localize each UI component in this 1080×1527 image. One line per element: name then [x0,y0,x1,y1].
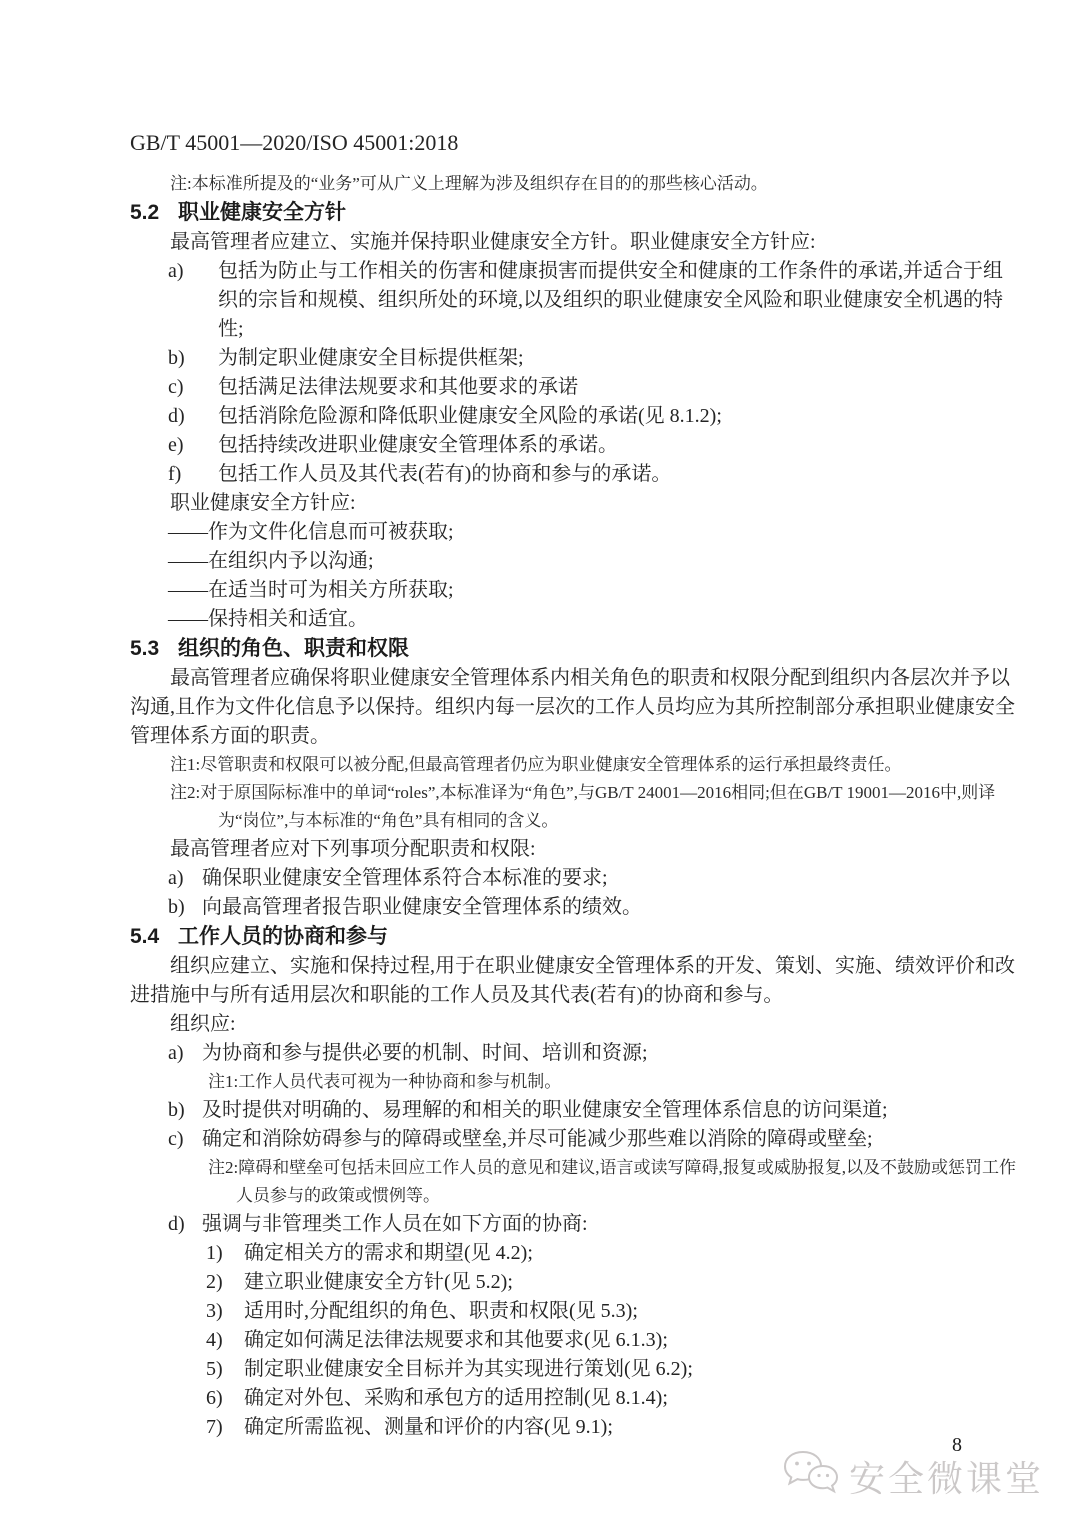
list-label: 3) [206,1297,244,1326]
list-text: 建立职业健康安全方针(见 5.2); [244,1268,1016,1297]
list-text: 确定对外包、采购和承包方的适用控制(见 8.1.4); [244,1384,1016,1413]
note-business-definition: 注:本标准所提及的“业务”可从广义上理解为涉及组织存在目的的那些核心活动。 [170,170,1016,198]
list-label: a) [168,864,202,893]
list-item-a: a) 为协商和参与提供必要的机制、时间、培训和资源; [168,1039,1016,1068]
sub-list-item-1: 1) 确定相关方的需求和期望(见 4.2); [206,1239,1016,1268]
section-5-4-paragraph: 组织应建立、实施和保持过程,用于在职业健康安全管理体系的开发、策划、实施、绩效评… [130,952,1016,1010]
note-1: 注1:尽管职责和权限可以被分配,但最高管理者仍应为职业健康安全管理体系的运行承担… [170,751,1016,779]
list-label: 2) [206,1268,244,1297]
list-text: 强调与非管理类工作人员在如下方面的协商: [202,1210,1016,1239]
dash-item: ——作为文件化信息而可被获取; [168,518,1016,547]
list-text: 确定和消除妨碍参与的障碍或壁垒,并尽可能减少那些难以消除的障碍或壁垒; [202,1125,1016,1154]
section-5-2-intro: 最高管理者应建立、实施并保持职业健康安全方针。职业健康安全方针应: [130,228,1016,257]
list-text: 为制定职业健康安全目标提供框架; [218,344,1016,373]
list-text: 确定相关方的需求和期望(见 4.2); [244,1239,1016,1268]
section-5-4-lead: 组织应: [130,1010,1016,1039]
list-text: 为协商和参与提供必要的机制、时间、培训和资源; [202,1039,1016,1068]
standard-number-header: GB/T 45001—2020/ISO 45001:2018 [130,130,1016,156]
section-number: 5.2 [130,198,178,228]
list-text: 包括满足法律法规要求和其他要求的承诺 [218,373,1016,402]
list-label: d) [168,1210,202,1239]
document-page: GB/T 45001—2020/ISO 45001:2018 注:本标准所提及的… [0,0,1080,1527]
list-text: 包括消除危险源和降低职业健康安全风险的承诺(见 8.1.2); [218,402,1016,431]
list-item-b: b) 向最高管理者报告职业健康安全管理体系的绩效。 [168,893,1016,922]
list-label: e) [168,431,218,460]
section-number: 5.4 [130,922,178,952]
list-label: 7) [206,1413,244,1442]
section-title: 组织的角色、职责和权限 [178,637,409,660]
sub-list-item-3: 3) 适用时,分配组织的角色、职责和权限(见 5.3); [206,1297,1016,1326]
list-label: 5) [206,1355,244,1384]
list-text: 确保职业健康安全管理体系符合本标准的要求; [202,864,1016,893]
list-text: 确定所需监视、测量和评价的内容(见 9.1); [244,1413,1016,1442]
wechat-icon [779,1448,841,1505]
sub-list-item-4: 4) 确定如何满足法律法规要求和其他要求(见 6.1.3); [206,1326,1016,1355]
list-label: f) [168,460,218,489]
note-2: 注2:对于原国际标准中的单词“roles”,本标准译为“角色”,与GB/T 24… [170,779,1016,835]
note-1: 注1:工作人员代表可视为一种协商和参与机制。 [208,1068,1016,1096]
watermark-text: 安全微课堂 [849,1451,1044,1502]
list-item-c: c) 包括满足法律法规要求和其他要求的承诺 [168,373,1016,402]
section-heading-5-2: 5.2职业健康安全方针 [130,198,1016,228]
watermark: 安全微课堂 [779,1448,1044,1505]
list-text: 向最高管理者报告职业健康安全管理体系的绩效。 [202,893,1016,922]
list-label: d) [168,402,218,431]
list-label: a) [168,1039,202,1068]
list-item-a: a) 确保职业健康安全管理体系符合本标准的要求; [168,864,1016,893]
list-item-e: e) 包括持续改进职业健康安全管理体系的承诺。 [168,431,1016,460]
policy-lead-line: 职业健康安全方针应: [130,489,1016,518]
list-text: 适用时,分配组织的角色、职责和权限(见 5.3); [244,1297,1016,1326]
dash-item: ——在适当时可为相关方所获取; [168,576,1016,605]
list-label: b) [168,893,202,922]
list-label: b) [168,344,218,373]
note-2: 注2:障碍和壁垒可包括未回应工作人员的意见和建议,语言或读写障碍,报复或威胁报复… [208,1154,1016,1210]
section-title: 工作人员的协商和参与 [178,925,388,948]
list-item-a: a) 包括为防止与工作相关的伤害和健康损害而提供安全和健康的工作条件的承诺,并适… [168,257,1016,344]
list-text: 制定职业健康安全目标并为其实现进行策划(见 6.2); [244,1355,1016,1384]
list-text: 包括工作人员及其代表(若有)的协商和参与的承诺。 [218,460,1016,489]
list-label: 6) [206,1384,244,1413]
list-text: 包括为防止与工作相关的伤害和健康损害而提供安全和健康的工作条件的承诺,并适合于组… [218,257,1016,344]
section-heading-5-4: 5.4工作人员的协商和参与 [130,922,1016,952]
section-heading-5-3: 5.3组织的角色、职责和权限 [130,634,1016,664]
list-item-f: f) 包括工作人员及其代表(若有)的协商和参与的承诺。 [168,460,1016,489]
list-item-d: d) 包括消除危险源和降低职业健康安全风险的承诺(见 8.1.2); [168,402,1016,431]
section-5-3-lead: 最高管理者应对下列事项分配职责和权限: [130,835,1016,864]
list-label: b) [168,1096,202,1125]
list-text: 包括持续改进职业健康安全管理体系的承诺。 [218,431,1016,460]
sub-list-item-7: 7) 确定所需监视、测量和评价的内容(见 9.1); [206,1413,1016,1442]
list-label: 1) [206,1239,244,1268]
list-item-b: b) 为制定职业健康安全目标提供框架; [168,344,1016,373]
list-item-b: b) 及时提供对明确的、易理解的和相关的职业健康安全管理体系信息的访问渠道; [168,1096,1016,1125]
list-label: 4) [206,1326,244,1355]
sub-list-item-5: 5) 制定职业健康安全目标并为其实现进行策划(见 6.2); [206,1355,1016,1384]
list-label: c) [168,373,218,402]
list-label: a) [168,257,218,344]
section-number: 5.3 [130,634,178,664]
list-item-c: c) 确定和消除妨碍参与的障碍或壁垒,并尽可能减少那些难以消除的障碍或壁垒; [168,1125,1016,1154]
list-text: 确定如何满足法律法规要求和其他要求(见 6.1.3); [244,1326,1016,1355]
section-5-3-paragraph: 最高管理者应确保将职业健康安全管理体系内相关角色的职责和权限分配到组织内各层次并… [130,664,1016,751]
dash-item: ——在组织内予以沟通; [168,547,1016,576]
list-item-d: d) 强调与非管理类工作人员在如下方面的协商: [168,1210,1016,1239]
sub-list-item-6: 6) 确定对外包、采购和承包方的适用控制(见 8.1.4); [206,1384,1016,1413]
section-title: 职业健康安全方针 [178,201,346,224]
list-label: c) [168,1125,202,1154]
list-text: 及时提供对明确的、易理解的和相关的职业健康安全管理体系信息的访问渠道; [202,1096,1016,1125]
sub-list-item-2: 2) 建立职业健康安全方针(见 5.2); [206,1268,1016,1297]
dash-item: ——保持相关和适宜。 [168,605,1016,634]
